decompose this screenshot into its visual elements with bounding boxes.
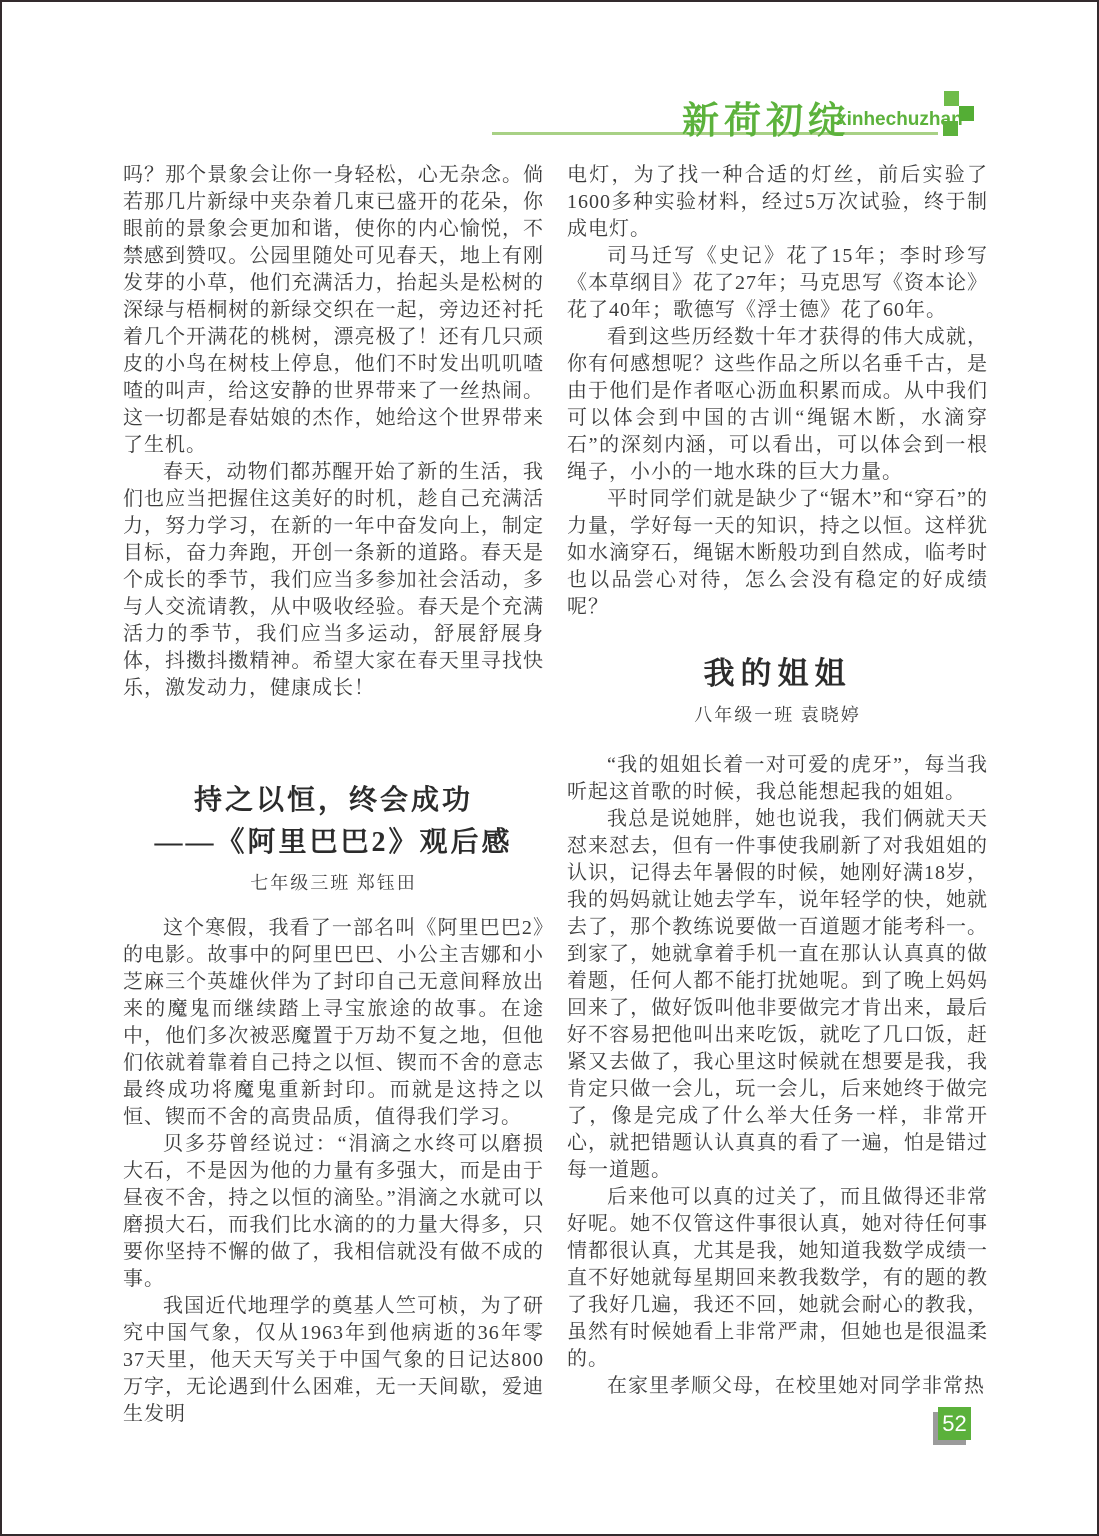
article2-title-line2: ——《阿里巴巴2》观后感 — [123, 822, 544, 864]
paragraph: 这个寒假，我看了一部名叫《阿里巴巴2》的电影。故事中的阿里巴巴、小公主吉娜和小芝… — [123, 915, 544, 1131]
left-column-article2-body: 这个寒假，我看了一部名叫《阿里巴巴2》的电影。故事中的阿里巴巴、小公主吉娜和小芝… — [123, 915, 544, 1428]
article3-title: 我的姐姐 — [567, 652, 988, 696]
page-number-badge: 52 — [938, 1407, 971, 1440]
paragraph: 后来他可以真的过关了，而且做得还非常好呢。她不仅管这件事很认真，她对待任何事情都… — [567, 1184, 988, 1373]
left-column-article1-continuation: 吗？那个景象会让你一身轻松，心无杂念。倘若那几片新绿中夹杂着几束已盛开的花朵，你… — [123, 162, 544, 702]
paragraph: 贝多芬曾经说过：“涓滴之水终可以磨损大石，不是因为他的力量有多强大，而是由于昼夜… — [123, 1131, 544, 1293]
decorative-square-icon — [959, 106, 974, 121]
article3-heading: 我的姐姐 八年级一班 袁晓婷 — [567, 652, 988, 730]
paragraph: “我的姐姐长着一对可爱的虎牙”，每当我听起这首歌的时候，我总能想起我的姐姐。 — [567, 752, 988, 806]
article2-heading: 持之以恒，终会成功 ——《阿里巴巴2》观后感 七年级三班 郑钰田 — [123, 780, 544, 898]
paragraph: 春天，动物们都苏醒开始了新的生活，我们也应当把握住这美好的时机，趁自己充满活力，… — [123, 459, 544, 702]
article3-author: 八年级一班 袁晓婷 — [567, 700, 988, 730]
paragraph: 我国近代地理学的奠基人竺可桢，为了研究中国气象，仅从1963年到他病逝的36年零… — [123, 1293, 544, 1428]
paragraph: 平时同学们就是缺少了“锯木”和“穿石”的力量，学好每一天的知识，持之以恒。这样犹… — [567, 486, 988, 621]
paragraph: 吗？那个景象会让你一身轻松，心无杂念。倘若那几片新绿中夹杂着几束已盛开的花朵，你… — [123, 162, 544, 459]
article2-author: 七年级三班 郑钰田 — [123, 868, 544, 898]
right-column-article3-body: “我的姐姐长着一对可爱的虎牙”，每当我听起这首歌的时候，我总能想起我的姐姐。 我… — [567, 752, 988, 1400]
decorative-square-icon — [944, 91, 959, 106]
paragraph: 在家里孝顺父母，在校里她对同学非常热 — [567, 1373, 988, 1400]
masthead-title: 新荷初绽 — [682, 90, 850, 144]
paragraph: 司马迁写《史记》花了15年；李时珍写《本草纲目》花了27年；马克思写《资本论》花… — [567, 243, 988, 324]
decorative-square-icon — [943, 121, 958, 136]
paragraph: 我总是说她胖，她也说我，我们俩就天天怼来怼去，但有一件事使我刷新了对我姐姐的认识… — [567, 806, 988, 1184]
paragraph: 看到这些历经数十年才获得的伟大成就，你有何感想呢？这些作品之所以名垂千古，是由于… — [567, 324, 988, 486]
right-column-article2-continuation: 电灯，为了找一种合适的灯丝，前后实验了1600多种实验材料，经过5万次试验，终于… — [567, 162, 988, 621]
article2-title-line1: 持之以恒，终会成功 — [123, 780, 544, 822]
paragraph: 电灯，为了找一种合适的灯丝，前后实验了1600多种实验材料，经过5万次试验，终于… — [567, 162, 988, 243]
magazine-page: 新荷初绽 xinhechuzhan 吗？那个景象会让你一身轻松，心无杂念。倘若那… — [0, 0, 1099, 1536]
